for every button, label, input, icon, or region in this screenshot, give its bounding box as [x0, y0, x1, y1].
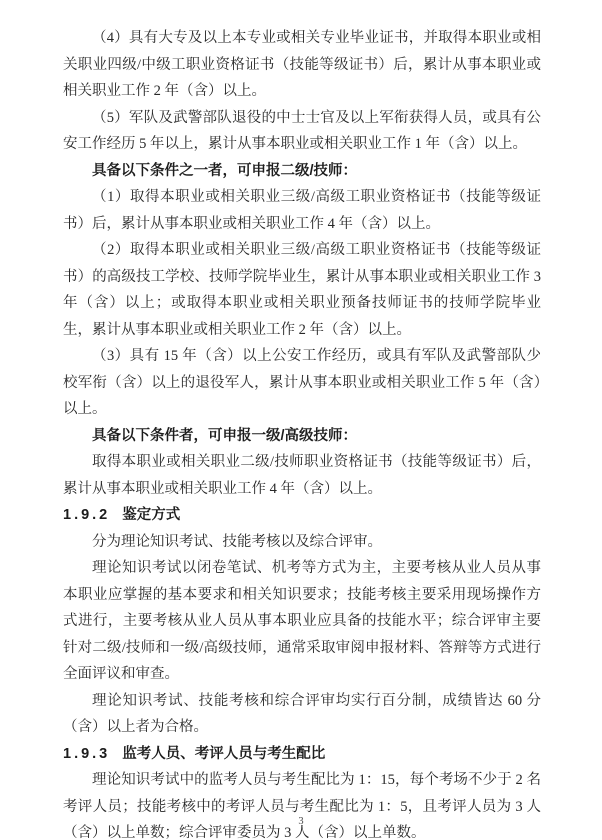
- page-footer: 3: [0, 811, 602, 829]
- body-paragraph: 理论知识考试中的监考人员与考生配比为 1：15，每个考场不少于 2 名考评人员；…: [63, 767, 541, 840]
- condition-heading-paragraph: 具备以下条件之一者，可申报二级/技师：: [63, 158, 541, 185]
- body-paragraph: （3）具有 15 年（含）以上公安工作经历，或具有军队及武警部队少校军衔（含）以…: [63, 343, 541, 423]
- body-paragraph: （1）取得本职业或相关职业三级/高级工职业资格证书（技能等级证书）后，累计从事本…: [63, 184, 541, 237]
- page-number: 3: [298, 816, 303, 827]
- body-paragraph: 取得本职业或相关职业二级/技师职业资格证书（技能等级证书）后，累计从事本职业或相…: [63, 449, 541, 502]
- body-paragraph: （4）具有大专及以上本专业或相关专业毕业证书，并取得本职业或相关职业四级/中级工…: [63, 25, 541, 105]
- body-paragraph: （2）取得本职业或相关职业三级/高级工职业资格证书（技能等级证书）的高级技工学校…: [63, 237, 541, 343]
- body-paragraph: （5）军队及武警部队退役的中士士官及以上军衔获得人员，或具有公安工作经历 5 年…: [63, 105, 541, 158]
- body-paragraph: 理论知识考试以闭卷笔试、机考等方式为主，主要考核从业人员从事本职业应掌握的基本要…: [63, 555, 541, 688]
- body-paragraph: 理论知识考试、技能考核和综合评审均实行百分制，成绩皆达 60 分（含）以上者为合…: [63, 688, 541, 741]
- document-body: （4）具有大专及以上本专业或相关专业毕业证书，并取得本职业或相关职业四级/中级工…: [63, 25, 541, 840]
- section-title: 监考人员、考评人员与考生配比: [122, 746, 325, 762]
- section-title: 鉴定方式: [122, 507, 180, 523]
- body-paragraph: 分为理论知识考试、技能考核以及综合评审。: [63, 529, 541, 556]
- section-number: 1.9.3: [63, 746, 110, 762]
- condition-heading-paragraph: 具备以下条件者，可申报一级/高级技师：: [63, 423, 541, 450]
- section-number: 1.9.2: [63, 507, 110, 523]
- section-heading: 1.9.2鉴定方式: [63, 502, 541, 529]
- section-heading: 1.9.3监考人员、考评人员与考生配比: [63, 741, 541, 768]
- document-page: （4）具有大专及以上本专业或相关专业毕业证书，并取得本职业或相关职业四级/中级工…: [0, 0, 602, 840]
